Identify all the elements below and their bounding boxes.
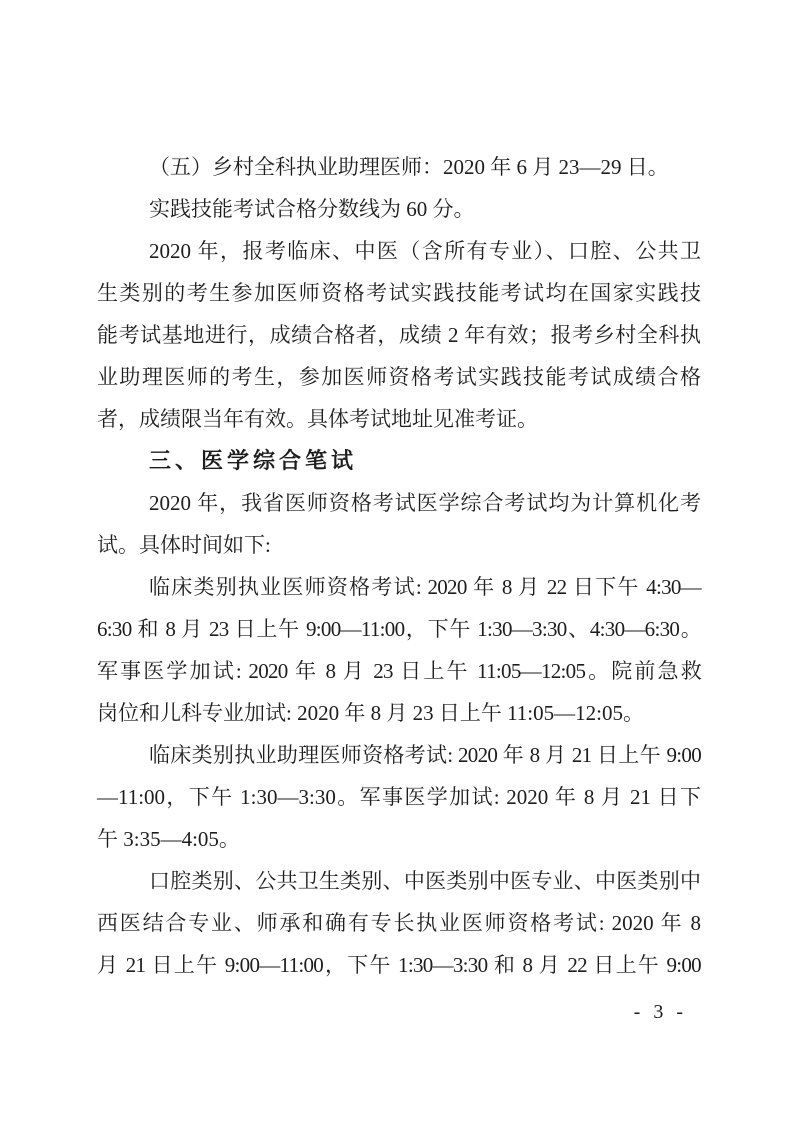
text-line: —11:00，下午 1:30—3:30。军事医学加试: 2020 年 8 月 2…: [97, 776, 701, 818]
text-line: 军事医学加试: 2020 年 8 月 23 日上午 11:05—12:05。院前…: [97, 650, 701, 692]
text-line: 业助理医师的考生，参加医师资格考试实践技能考试成绩合格: [97, 356, 701, 398]
text-line: （五）乡村全科执业助理医师：2020 年 6 月 23—29 日。: [97, 146, 701, 188]
text-line: 2020 年，报考临床、中医（含所有专业）、口腔、公共卫: [97, 230, 701, 272]
text-line: 临床类别执业助理医师资格考试: 2020 年 8 月 21 日上午 9:00: [97, 734, 701, 776]
text-line: 6:30 和 8 月 23 日上午 9:00—11:00，下午 1:30—3:3…: [97, 608, 701, 650]
text-line: 2020 年，我省医师资格考试医学综合考试均为计算机化考: [97, 482, 701, 524]
section-heading: 三、医学综合笔试: [97, 440, 701, 482]
text-line: 实践技能考试合格分数线为 60 分。: [97, 188, 701, 230]
text-line: 月 21 日上午 9:00—11:00，下午 1:30—3:30 和 8 月 2…: [97, 944, 701, 986]
text-line: 者，成绩限当年有效。具体考试地址见准考证。: [97, 398, 701, 440]
text-line: 生类别的考生参加医师资格考试实践技能考试均在国家实践技: [97, 272, 701, 314]
page-number: - 3 -: [634, 998, 687, 1026]
document-body: （五）乡村全科执业助理医师：2020 年 6 月 23—29 日。实践技能考试合…: [97, 146, 701, 986]
text-line: 临床类别执业医师资格考试: 2020 年 8 月 22 日下午 4:30—: [97, 566, 701, 608]
document-page: （五）乡村全科执业助理医师：2020 年 6 月 23—29 日。实践技能考试合…: [0, 0, 793, 1122]
text-line: 能考试基地进行，成绩合格者，成绩 2 年有效；报考乡村全科执: [97, 314, 701, 356]
text-line: 岗位和儿科专业加试: 2020 年 8 月 23 日上午 11:05—12:05…: [97, 692, 701, 734]
text-line: 西医结合专业、师承和确有专长执业医师资格考试: 2020 年 8: [97, 902, 701, 944]
text-line: 口腔类别、公共卫生类别、中医类别中医专业、中医类别中: [97, 860, 701, 902]
text-line: 午 3:35—4:05。: [97, 818, 701, 860]
text-line: 试。具体时间如下:: [97, 524, 701, 566]
